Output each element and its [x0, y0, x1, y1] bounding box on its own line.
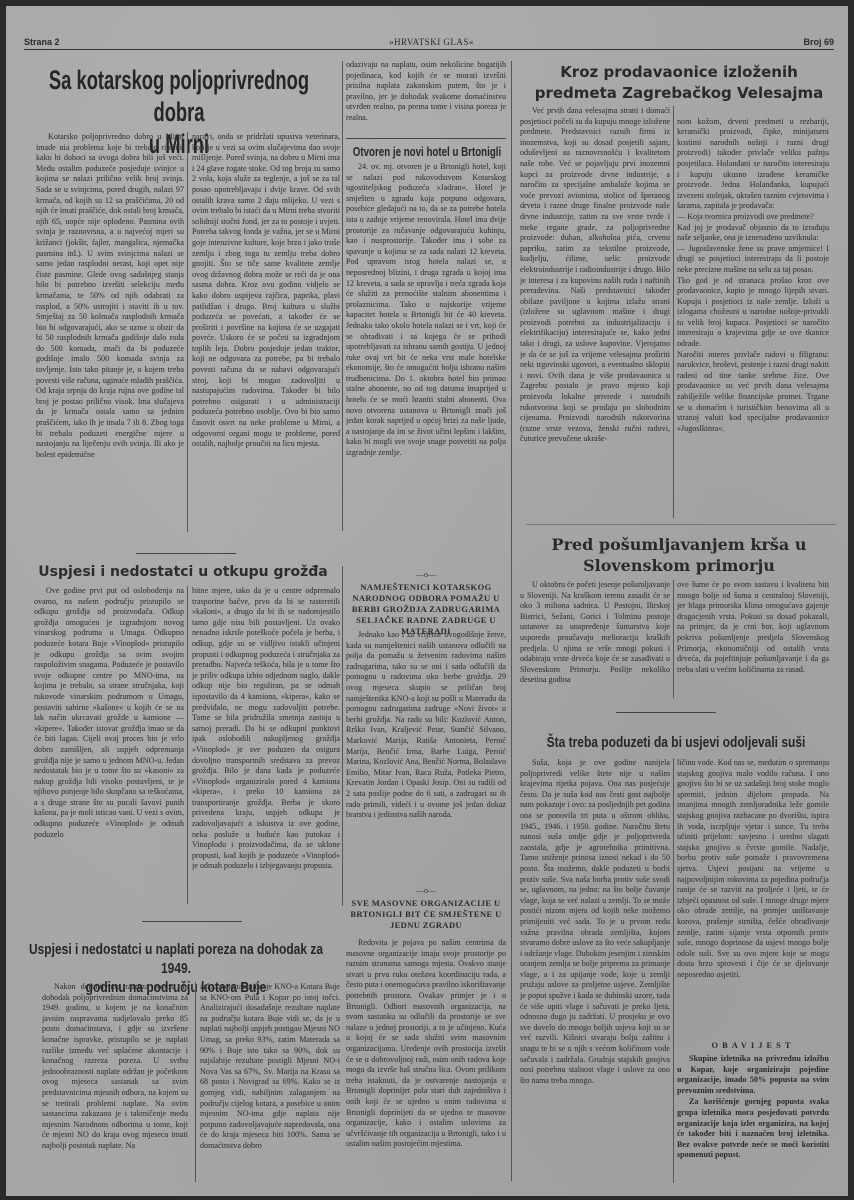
column-divider: [342, 61, 343, 531]
notice-text: Skupine izletnika na privrednu izložbu u…: [677, 1054, 829, 1174]
article-kras-col1: U oktobru će početi jesenje pošumljavanj…: [520, 580, 670, 698]
article-grozde-col2: hitne mjere, tako da je u centre odprema…: [192, 586, 340, 904]
article-velesajam-col2: nom kožom, drveni predmeti u rezbariji, …: [677, 106, 829, 518]
article-grozde-col1: Ove godine prvi put od oslobođenja na ov…: [34, 586, 184, 904]
headline-hotel: Otvoren je novi hotel u Brtonigli: [347, 145, 508, 160]
separator: —o—: [346, 886, 506, 895]
section-divider: [526, 524, 836, 525]
issue-number: Broj 69: [803, 37, 834, 47]
headline-mirna-line1: Sa kotarskog poljoprivrednog dobra: [24, 64, 334, 128]
column-divider: [195, 982, 196, 1182]
newspaper-name: »HRVATSKI GLAS«: [389, 37, 474, 47]
column-divider: [673, 758, 674, 1183]
column-divider: [342, 566, 343, 906]
article-kras-col2: ove šume će po svom sastavu i kvalitetu …: [677, 580, 829, 698]
article-mirna-col1: Kotarsko poljoprivredno dobro u Mirni im…: [36, 132, 184, 525]
headline-namjestenici: NAMJEŠTENICI KOTARSKOG NARODNOG ODBORA P…: [348, 582, 504, 637]
article-organizacije: Redovita je pojava po našim centrima da …: [346, 938, 506, 1183]
newspaper-page: Strana 2 »HRVATSKI GLAS« Broj 69 Sa kota…: [6, 6, 848, 1196]
article-mirna-col2: naravi, onda se pridržati upustva veteri…: [192, 132, 340, 525]
article-susa-col1: Suša, koja je ove godine nanijela poljop…: [520, 758, 670, 1183]
article-namjestenici: Jednako kao i za vrijeme ovogodišnje žet…: [346, 630, 506, 886]
section-divider: [136, 553, 236, 554]
article-velesajam-col1: Već prvih dana velesajma strani i domaći…: [520, 106, 670, 518]
column-divider: [187, 132, 188, 532]
article-susa-col2: ličinu vode. Kod nas se, međutim o sprem…: [677, 758, 829, 1026]
headline-grozde: Uspjesi i nedostatci u otkupu grožđa: [24, 563, 342, 581]
notice-title: OBAVIJEST: [677, 1040, 829, 1050]
headline-kras: Pred pošumljavanjem krša u Slovenskom pr…: [518, 534, 840, 576]
section-divider: [616, 712, 716, 713]
headline-organizacije: SVE MASOVNE ORGANIZACIJE U BRTONIGLI BIT…: [348, 898, 504, 931]
article-tax-continued: odazivaju na naplatu, osim nekolicine bo…: [346, 60, 506, 134]
column-divider: [673, 580, 674, 698]
article-porez-col2: zakazao je takmičenje KNO-a Kotara Buje …: [200, 982, 340, 1182]
separator: —o—: [346, 570, 506, 579]
headline-susa: Šta treba poduzeti da bi usjevi odoljeva…: [532, 734, 820, 752]
column-divider: [187, 586, 188, 904]
article-porez-col1: Nakon definitivnog razreza poreza na doh…: [42, 982, 188, 1182]
section-divider: [346, 138, 506, 139]
column-divider: [673, 106, 674, 518]
page-number: Strana 2: [24, 37, 60, 47]
article-hotel: 24. ov. mj. otvoren je u Brtonigli hotel…: [346, 162, 506, 562]
section-divider: [142, 921, 242, 922]
headline-velesajam: Kroz prodavaonice izloženih predmeta Zag…: [518, 62, 840, 104]
column-divider: [511, 61, 512, 1181]
masthead: Strana 2 »HRVATSKI GLAS« Broj 69: [24, 34, 834, 50]
